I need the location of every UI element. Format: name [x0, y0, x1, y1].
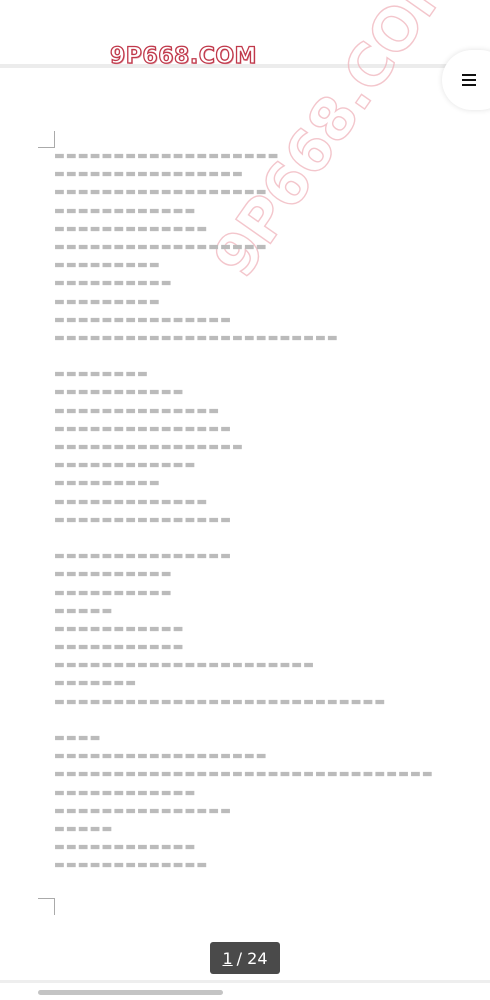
text-line: ▬▬▬▬▬▬▬▬▬ [54, 473, 474, 491]
text-line: ▬▬▬▬▬▬▬▬▬▬▬▬▬▬▬▬▬▬▬▬▬▬▬▬▬▬▬▬▬▬▬▬ [54, 764, 474, 782]
text-line: ▬▬▬▬▬▬▬▬▬▬ [54, 583, 474, 601]
text-line: ▬▬▬▬▬▬▬▬▬▬▬▬▬ [54, 855, 474, 873]
text-line: ▬▬▬▬▬▬▬▬▬▬▬▬ [54, 837, 474, 855]
text-line: ▬▬▬▬▬ [54, 819, 474, 837]
text-line: ▬▬▬▬▬▬▬▬▬▬▬▬▬▬▬▬▬▬▬▬▬▬▬▬ [54, 328, 474, 346]
text-line: ▬▬▬▬▬▬▬▬▬▬ [54, 273, 474, 291]
text-line: ▬▬▬▬▬▬▬▬▬▬▬ [54, 382, 474, 400]
current-page: 1 [222, 949, 232, 968]
text-line: ▬▬▬▬ [54, 728, 474, 746]
text-line: ▬▬▬▬▬▬▬▬ [54, 364, 474, 382]
text-line: ▬▬▬▬▬▬▬▬▬▬▬▬▬▬▬▬▬▬ [54, 182, 474, 200]
document-page-content: ▬▬▬▬▬▬▬▬▬▬▬▬▬▬▬▬▬▬▬▬▬▬▬▬▬▬▬▬▬▬▬▬▬▬▬▬▬▬▬▬… [54, 146, 474, 892]
text-line: ▬▬▬▬▬▬▬▬▬▬▬ [54, 619, 474, 637]
bottom-divider [0, 980, 490, 983]
text-line: ▬▬▬▬▬▬▬▬▬▬▬▬▬▬▬▬▬▬▬▬▬▬ [54, 655, 474, 673]
text-line: ▬▬▬▬▬▬▬▬▬▬▬▬▬▬▬ [54, 419, 474, 437]
text-line: ▬▬▬▬▬▬▬▬▬▬▬▬▬ [54, 492, 474, 510]
text-line: ▬▬▬▬▬▬▬▬▬▬▬▬ [54, 455, 474, 473]
site-watermark: 9P668.COM [110, 44, 257, 69]
total-pages: 24 [247, 949, 267, 968]
text-line: ▬▬▬▬▬▬▬▬▬▬▬▬▬▬▬ [54, 310, 474, 328]
text-line: ▬▬▬▬▬▬▬▬▬▬▬▬ [54, 201, 474, 219]
text-line: ▬▬▬▬▬▬▬▬▬▬▬▬▬▬▬▬▬▬▬▬▬▬▬▬▬▬▬▬ [54, 692, 474, 710]
text-line: ▬▬▬▬▬▬▬▬▬▬ [54, 564, 474, 582]
text-line: ▬▬▬▬▬▬▬▬▬ [54, 255, 474, 273]
paragraph: ▬▬▬▬▬▬▬▬▬▬▬▬▬▬▬▬▬▬▬▬▬▬▬▬▬▬▬▬▬▬▬▬▬▬▬▬▬▬▬▬… [54, 728, 474, 874]
text-line: ▬▬▬▬▬▬▬▬▬▬▬▬▬▬▬▬ [54, 164, 474, 182]
text-line: ▬▬▬▬▬▬▬▬▬▬▬▬▬▬▬▬▬▬▬ [54, 146, 474, 164]
text-line: ▬▬▬▬▬▬▬▬▬▬▬▬▬▬ [54, 401, 474, 419]
text-line: ▬▬▬▬▬▬▬▬▬▬▬▬▬▬▬▬▬▬ [54, 746, 474, 764]
hamburger-icon [462, 71, 476, 89]
text-line: ▬▬▬▬▬▬▬ [54, 673, 474, 691]
text-line: ▬▬▬▬▬▬▬▬▬▬▬▬ [54, 783, 474, 801]
menu-button[interactable] [442, 50, 490, 110]
crop-mark-bottom-left [38, 898, 55, 915]
text-line: ▬▬▬▬▬▬▬▬▬ [54, 292, 474, 310]
text-line: ▬▬▬▬▬▬▬▬▬▬▬▬▬▬▬▬▬▬ [54, 237, 474, 255]
text-line: ▬▬▬▬▬▬▬▬▬▬▬▬▬▬▬ [54, 510, 474, 528]
text-line: ▬▬▬▬▬▬▬▬▬▬▬▬▬ [54, 219, 474, 237]
paragraph: ▬▬▬▬▬▬▬▬▬▬▬▬▬▬▬▬▬▬▬▬▬▬▬▬▬▬▬▬▬▬▬▬▬▬▬▬▬▬▬▬… [54, 364, 474, 528]
paragraph: ▬▬▬▬▬▬▬▬▬▬▬▬▬▬▬▬▬▬▬▬▬▬▬▬▬▬▬▬▬▬▬▬▬▬▬▬▬▬▬▬… [54, 546, 474, 710]
page-separator: / [237, 949, 242, 968]
text-line: ▬▬▬▬▬▬▬▬▬▬▬▬▬▬▬ [54, 546, 474, 564]
crop-mark-top-left [38, 131, 55, 148]
page-indicator[interactable]: 1 / 24 [210, 942, 280, 974]
text-line: ▬▬▬▬▬ [54, 601, 474, 619]
text-line: ▬▬▬▬▬▬▬▬▬▬▬▬▬▬▬ [54, 801, 474, 819]
text-line: ▬▬▬▬▬▬▬▬▬▬▬▬▬▬▬▬ [54, 437, 474, 455]
text-line: ▬▬▬▬▬▬▬▬▬▬▬ [54, 637, 474, 655]
horizontal-scrollbar[interactable] [38, 990, 223, 995]
paragraph: ▬▬▬▬▬▬▬▬▬▬▬▬▬▬▬▬▬▬▬▬▬▬▬▬▬▬▬▬▬▬▬▬▬▬▬▬▬▬▬▬… [54, 146, 474, 346]
